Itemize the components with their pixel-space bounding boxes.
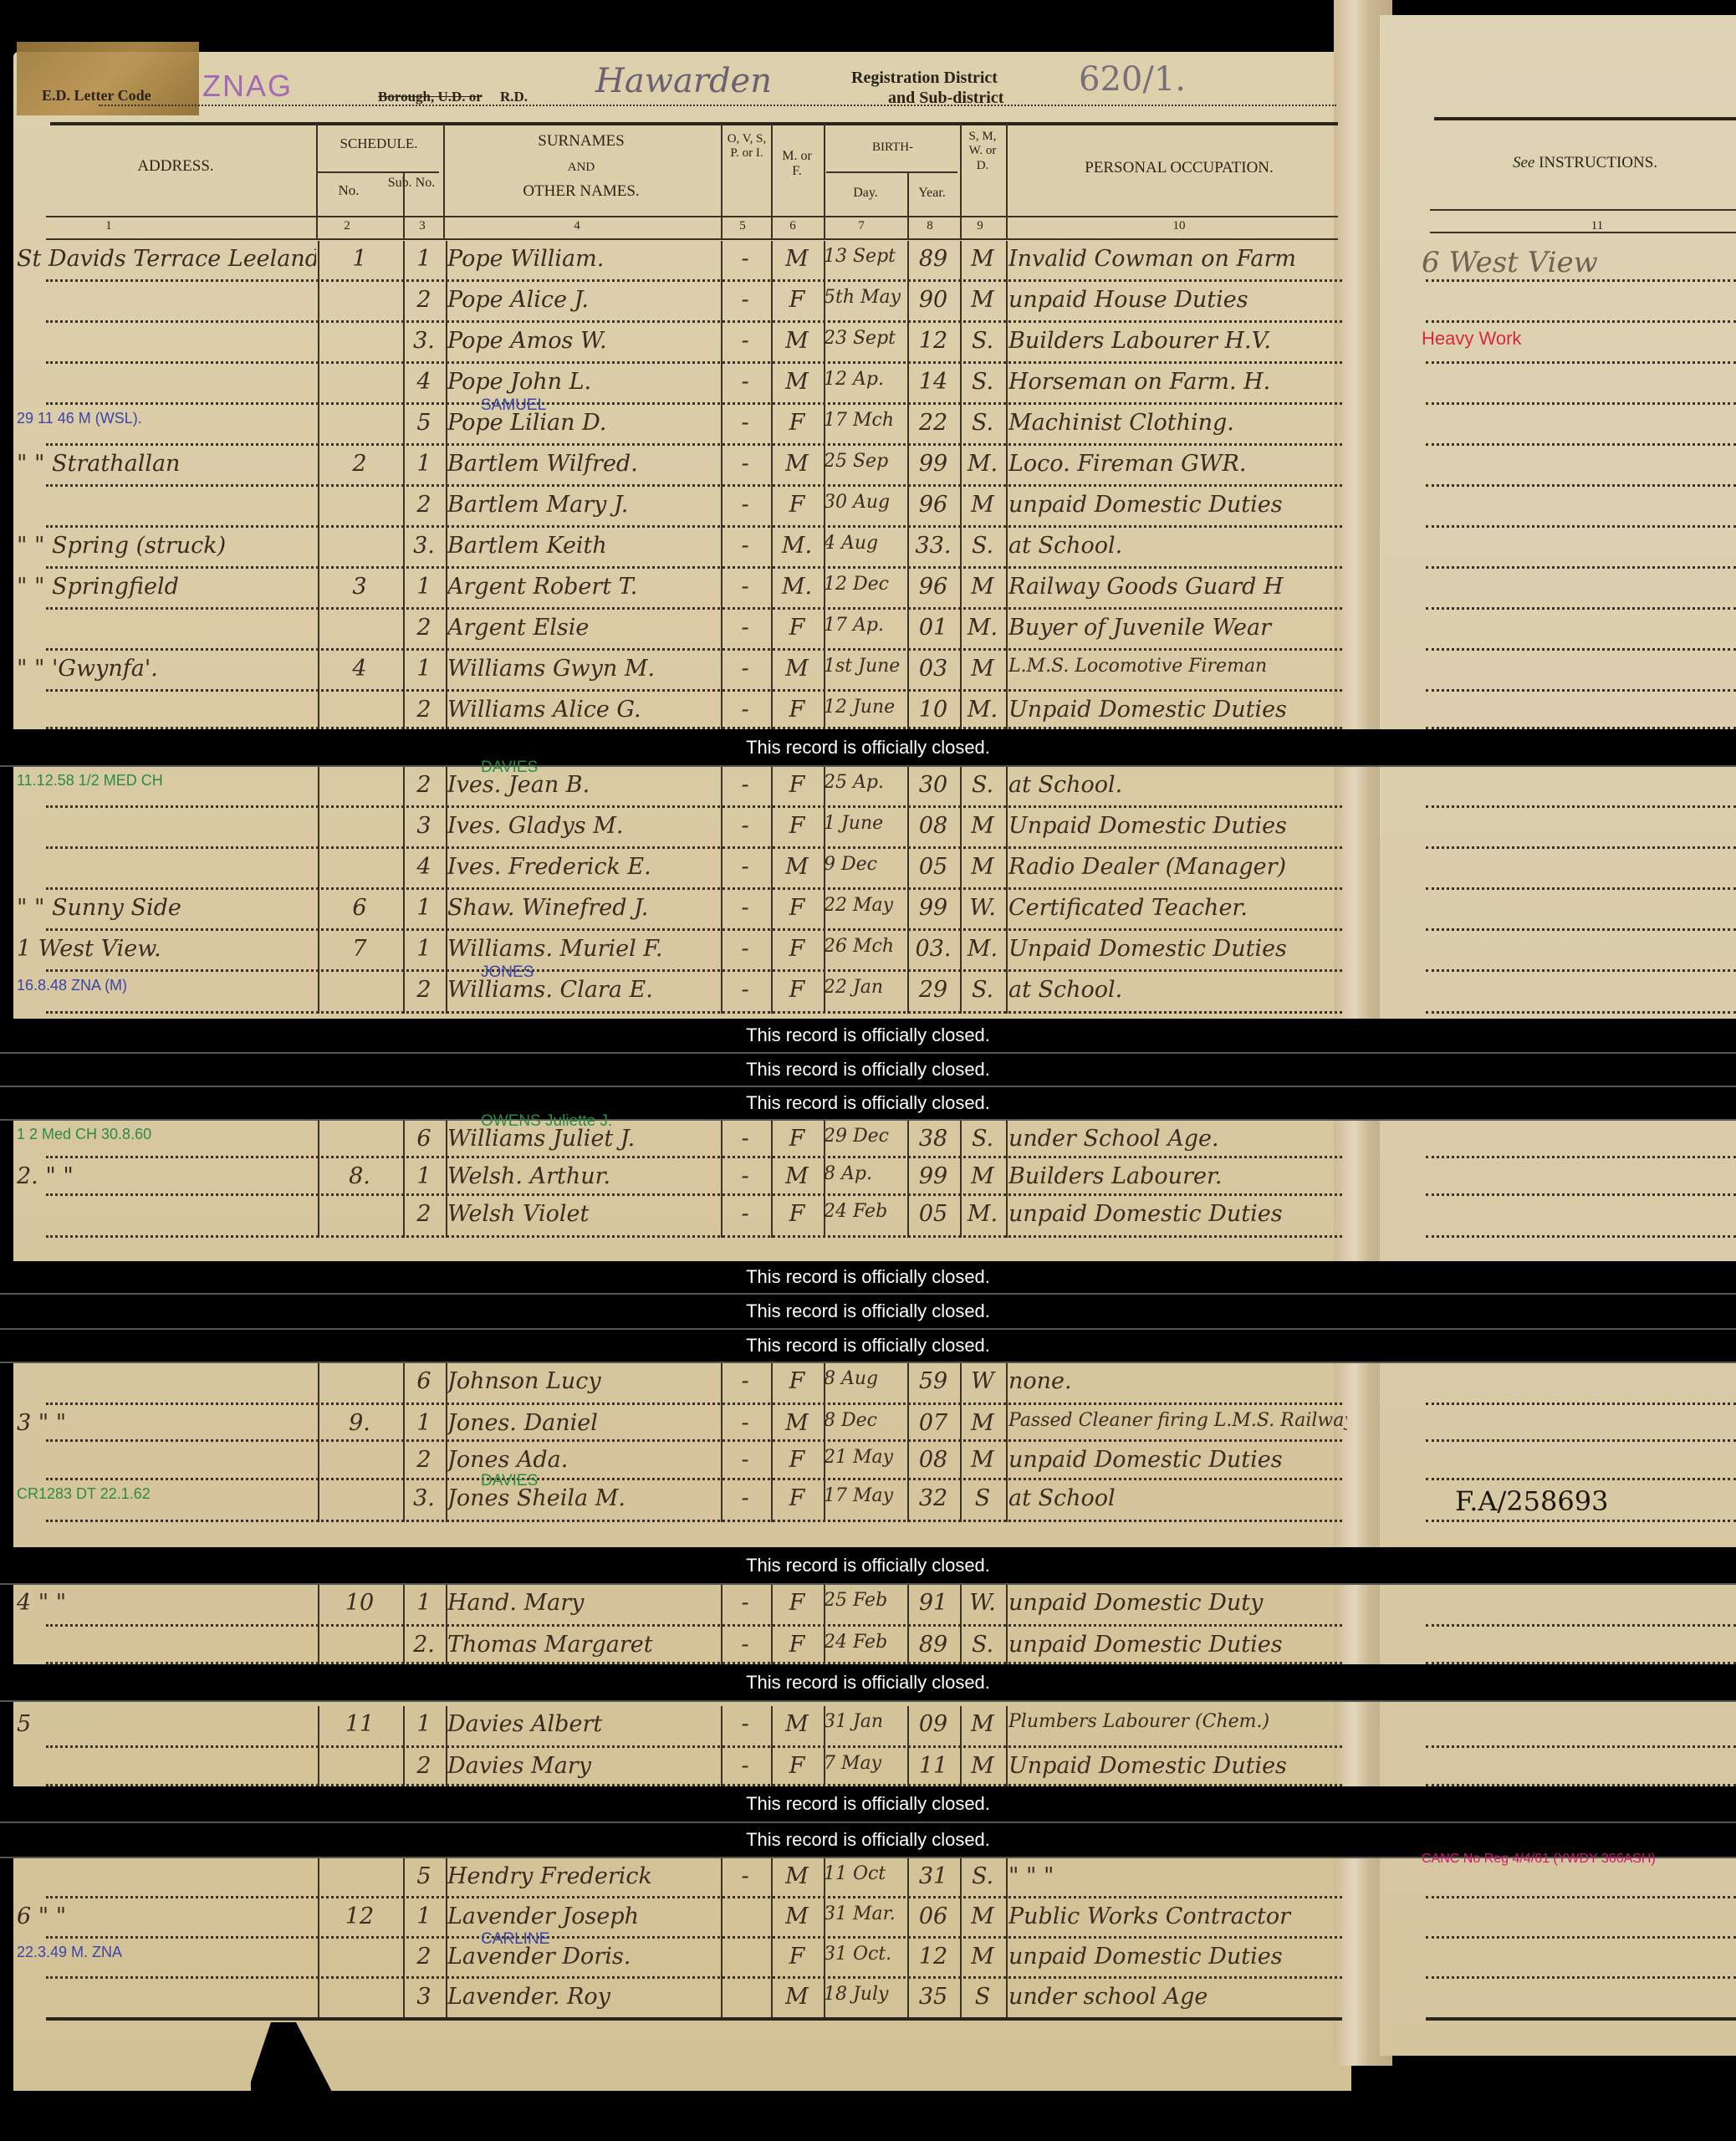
cell-sex: M	[771, 1903, 823, 1929]
cell-name: Ives. Gladys M.	[447, 813, 719, 839]
column-divider	[1006, 446, 1008, 487]
cell-day: 1 June	[824, 813, 906, 834]
column-divider	[318, 1939, 319, 1979]
cell-sex: M.	[771, 574, 823, 600]
cell-occupation: unpaid Domestic Duties	[1008, 1632, 1347, 1658]
cell-ovspi: -	[721, 1590, 769, 1616]
cell-status: M.	[960, 697, 1005, 723]
row-rule	[46, 1478, 1342, 1480]
cell-year: 05	[908, 854, 958, 880]
cell-occupation: unpaid Domestic Duties	[1008, 1447, 1347, 1473]
column-divider	[1006, 487, 1008, 528]
right-row-rule	[1426, 1235, 1736, 1238]
cell-occupation: unpaid Domestic Duties	[1008, 492, 1347, 518]
right-row-rule	[1426, 1193, 1736, 1196]
right-row-rule	[1426, 1624, 1736, 1627]
col-surnames-1: SURNAMES	[443, 132, 719, 151]
name-correction-annotation: DAVIES	[481, 1472, 538, 1490]
cell-day: 8 Dec	[824, 1410, 906, 1431]
row-rule	[46, 1235, 1342, 1238]
bottom-background	[0, 2091, 1736, 2141]
column-divider	[318, 1748, 319, 1786]
cell-sched: 12	[318, 1903, 401, 1929]
column-divider	[1006, 1627, 1008, 1664]
cell-status: W.	[960, 1590, 1005, 1616]
right-row-rule	[1426, 361, 1736, 364]
cell-sex: M.	[771, 533, 823, 559]
cell-name: Welsh. Arthur.	[447, 1163, 719, 1189]
cell-name: Williams Gwyn M.	[447, 656, 719, 682]
cell-occupation: Public Works Contractor	[1008, 1903, 1347, 1929]
cell-sex: M	[771, 1984, 823, 2010]
closed-record-bar: This record is officially closed.	[0, 729, 1736, 767]
cell-occupation: Builders Labourer H.V.	[1008, 328, 1347, 354]
cell-day: 31 Oct.	[824, 1944, 906, 1965]
row-rule	[46, 402, 1342, 405]
column-divider	[1006, 1706, 1008, 1748]
cell-name: Argent Robert T.	[447, 574, 719, 600]
closed-record-bar: This record is officially closed.	[0, 1330, 1736, 1363]
cell-year: 08	[908, 813, 958, 839]
cell-name: Pope Amos W.	[447, 328, 719, 354]
right-row-rule	[1426, 566, 1736, 569]
cell-day: 18 July	[824, 1984, 906, 2005]
cell-day: 12 Ap.	[824, 369, 906, 390]
col-schedule-sub: Sub. No.	[386, 176, 437, 191]
cell-sex: M	[771, 451, 823, 477]
cell-sex: F	[771, 895, 823, 921]
header-top-rule	[50, 122, 1338, 125]
column-number: 8	[913, 219, 947, 233]
closed-record-bar: This record is officially closed.	[0, 1295, 1736, 1330]
cell-sub: 6	[403, 1368, 445, 1394]
cell-year: 09	[908, 1711, 958, 1737]
name-correction-annotation: SAMUEL	[481, 396, 546, 415]
col-occupation: PERSONAL OCCUPATION.	[1012, 159, 1346, 177]
cell-day: 30 Aug	[824, 492, 906, 513]
cell-sched: 7	[318, 936, 401, 962]
column-divider	[1006, 849, 1008, 890]
cell-name: Hand. Mary	[447, 1590, 719, 1616]
footer-rule	[46, 2017, 1342, 2021]
cell-day: 31 Jan	[824, 1711, 906, 1732]
column-divider	[1006, 323, 1008, 364]
cell-status: S.	[960, 328, 1005, 354]
cell-year: 59	[908, 1368, 958, 1394]
col-mf: M. or F.	[776, 149, 818, 180]
right-row-rule	[1426, 402, 1736, 405]
column-divider	[1006, 1585, 1008, 1627]
cell-sub: 2.	[403, 1632, 445, 1658]
cell-address: St Davids Terrace Leelands.	[17, 246, 316, 272]
cell-occupation: Plumbers Labourer (Chem.)	[1008, 1711, 1347, 1732]
cell-ovspi: -	[721, 451, 769, 477]
cell-name: Welsh Violet	[447, 1201, 719, 1227]
column-divider	[318, 692, 319, 729]
cell-status: S.	[960, 369, 1005, 395]
cell-sub: 2	[403, 492, 445, 518]
cell-day: 17 Mch	[824, 410, 906, 431]
col-ovspi: O, V, S, P. or I.	[726, 132, 768, 161]
header-subcolumn-divider	[403, 171, 405, 239]
cell-sub: 1	[403, 656, 445, 682]
cell-ovspi: -	[721, 1201, 769, 1227]
column-number: 6	[776, 219, 809, 233]
cell-sub: 2	[403, 1944, 445, 1970]
right-row-rule	[1426, 1936, 1736, 1939]
right-row-rule	[1426, 1976, 1736, 1979]
cell-occupation: at School.	[1008, 772, 1347, 798]
cell-address: 1 West View.	[17, 936, 316, 962]
cell-ovspi: -	[721, 656, 769, 682]
cell-day: 1st June	[824, 656, 906, 677]
cell-day: 12 Dec	[824, 574, 906, 595]
cell-year: 99	[908, 451, 958, 477]
cell-sched: 6	[318, 895, 401, 921]
cell-ovspi: -	[721, 772, 769, 798]
cell-day: 17 Ap.	[824, 615, 906, 636]
cell-sex: M	[771, 369, 823, 395]
header-column-divider	[1006, 124, 1008, 239]
cell-sex: M	[771, 1863, 823, 1889]
cell-day: 23 Sept	[824, 328, 906, 349]
cell-address: " " Spring (struck)	[17, 533, 316, 559]
cell-address: 16.8.48 ZNA (M)	[17, 977, 316, 994]
column-divider	[1006, 610, 1008, 651]
registration-label-1: Registration District	[851, 69, 998, 88]
cell-occupation: unpaid Domestic Duties	[1008, 1201, 1347, 1227]
cell-day: 9 Dec	[824, 854, 906, 875]
column-divider	[1006, 1405, 1008, 1442]
cell-right: Heavy Work	[1422, 328, 1736, 350]
header-column-divider	[960, 124, 962, 239]
cell-name: Argent Elsie	[447, 615, 719, 641]
cell-sub: 1	[403, 1711, 445, 1737]
cell-sched: 9.	[318, 1410, 401, 1436]
borough-label: R.D.	[500, 89, 528, 105]
cell-ovspi: -	[721, 1126, 769, 1152]
right-row-rule	[1426, 1520, 1736, 1522]
cell-ovspi: -	[721, 977, 769, 1003]
column-divider	[1006, 405, 1008, 446]
cell-year: 10	[908, 697, 958, 723]
cell-sub: 3.	[403, 533, 445, 559]
cell-sched: 3	[318, 574, 401, 600]
cell-year: 11	[908, 1753, 958, 1779]
right-row-rule	[1426, 279, 1736, 282]
name-correction-annotation: OWENS Juliette J.	[481, 1112, 612, 1131]
cell-sub: 1	[403, 246, 445, 272]
cell-sched: 4	[318, 656, 401, 682]
cell-sex: M	[771, 1410, 823, 1436]
cell-sched: 2	[318, 451, 401, 477]
cell-name: Williams. Muriel F.	[447, 936, 719, 962]
column-divider	[1006, 1748, 1008, 1786]
cell-ovspi: -	[721, 1863, 769, 1889]
col-birth: BIRTH-	[828, 141, 957, 155]
cell-sub: 3	[403, 1984, 445, 2010]
right-row-rule	[1426, 648, 1736, 651]
right-row-rule	[1426, 1896, 1736, 1898]
cell-status: S.	[960, 772, 1005, 798]
cell-ovspi: -	[721, 1711, 769, 1737]
closed-record-bar: This record is officially closed.	[0, 1019, 1736, 1054]
cell-sex: F	[771, 977, 823, 1003]
cell-occupation: at School.	[1008, 977, 1347, 1003]
cell-ovspi: -	[721, 328, 769, 354]
borough-value: Hawarden	[595, 62, 772, 100]
cell-sex: F	[771, 936, 823, 962]
name-correction-annotation: CARLINE	[481, 1930, 549, 1949]
right-row-rule	[1426, 1156, 1736, 1158]
column-divider	[1006, 241, 1008, 282]
cell-name: Pope John L.	[447, 369, 719, 395]
cell-ovspi: -	[721, 895, 769, 921]
cell-day: 5th May	[824, 287, 906, 308]
cell-occupation: L.M.S. Locomotive Fireman	[1008, 656, 1347, 677]
cell-status: S.	[960, 1632, 1005, 1658]
closed-record-bar: This record is officially closed.	[0, 1054, 1736, 1087]
column-number: 5	[726, 219, 759, 233]
column-divider	[318, 1858, 319, 1898]
col-schedule-no: No.	[316, 182, 381, 199]
cell-ovspi: -	[721, 1447, 769, 1473]
cell-occupation: Radio Dealer (Manager)	[1008, 854, 1347, 880]
cell-day: 12 June	[824, 697, 906, 718]
cell-sex: M	[771, 246, 823, 272]
cell-year: 89	[908, 1632, 958, 1658]
row-rule	[46, 1011, 1342, 1014]
row-rule	[46, 320, 1342, 323]
cell-year: 96	[908, 492, 958, 518]
cell-year: 31	[908, 1863, 958, 1889]
column-divider	[318, 405, 319, 446]
cell-name: Pope Alice J.	[447, 287, 719, 313]
cell-occupation: at School	[1008, 1485, 1347, 1511]
header-column-divider	[721, 124, 722, 239]
cell-sex: M	[771, 854, 823, 880]
cell-status: M	[960, 246, 1005, 272]
cell-occupation: unpaid Domestic Duty	[1008, 1590, 1347, 1616]
right-row-rule	[1426, 846, 1736, 849]
cell-ovspi: -	[721, 410, 769, 436]
cell-right: F.A/258693	[1455, 1485, 1736, 1517]
cell-name: Shaw. Winefred J.	[447, 895, 719, 921]
cell-sub: 1	[403, 1163, 445, 1189]
cell-status: M.	[960, 936, 1005, 962]
cell-occupation: under School Age.	[1008, 1126, 1347, 1152]
right-row-rule	[1426, 1478, 1736, 1480]
cell-status: M	[960, 1163, 1005, 1189]
cell-status: M	[960, 1410, 1005, 1436]
header-column-divider	[443, 124, 445, 239]
header-subrule	[826, 171, 957, 173]
cell-sub: 5	[403, 410, 445, 436]
cell-occupation: unpaid Domestic Duties	[1008, 1944, 1347, 1970]
cell-occupation: Buyer of Juvenile Wear	[1008, 615, 1347, 641]
col-smwd: S, M, W. or D.	[962, 130, 1003, 173]
cell-sub: 1	[403, 574, 445, 600]
cell-name: Williams Alice G.	[447, 697, 719, 723]
cell-occupation: Builders Labourer.	[1008, 1163, 1347, 1189]
cell-name: Bartlem Mary J.	[447, 492, 719, 518]
cell-ovspi: -	[721, 1485, 769, 1511]
column-number: 3	[406, 219, 439, 233]
cell-sub: 5	[403, 1863, 445, 1889]
cell-name: Thomas Margaret	[447, 1632, 719, 1658]
column-divider	[318, 849, 319, 890]
cell-year: 30	[908, 772, 958, 798]
cell-address: 4 " "	[17, 1590, 316, 1616]
cell-year: 99	[908, 1163, 958, 1189]
col-surnames-3: OTHER NAMES.	[443, 182, 719, 201]
cell-address: " " Springfield	[17, 574, 316, 600]
row-rule	[46, 443, 1342, 446]
cell-day: 4 Aug	[824, 533, 906, 554]
row-rule	[46, 361, 1342, 364]
cell-sub: 2	[403, 287, 445, 313]
cell-sex: F	[771, 1368, 823, 1394]
header-dotted-rule	[99, 105, 1336, 106]
right-row-rule	[1426, 1439, 1736, 1442]
cell-day: 29 Dec	[824, 1126, 906, 1147]
cell-year: 03.	[908, 936, 958, 962]
row-rule	[46, 1520, 1342, 1522]
cell-year: 07	[908, 1410, 958, 1436]
cell-sub: 1	[403, 1590, 445, 1616]
cell-sex: M	[771, 1163, 823, 1189]
column-divider	[1006, 972, 1008, 1014]
column-divider	[318, 1196, 319, 1238]
cell-occupation: under school Age	[1008, 1984, 1347, 2010]
row-rule	[46, 1745, 1342, 1748]
right-row-rule	[1426, 320, 1736, 323]
right-row-rule	[1426, 969, 1736, 972]
cell-occupation: Railway Goods Guard H	[1008, 574, 1347, 600]
cell-ovspi: -	[721, 615, 769, 641]
cell-sub: 1	[403, 895, 445, 921]
cell-day: 11 Oct	[824, 1863, 906, 1884]
cell-occupation: at School.	[1008, 533, 1347, 559]
cell-year: 08	[908, 1447, 958, 1473]
cell-year: 14	[908, 369, 958, 395]
cell-ovspi: -	[721, 246, 769, 272]
header-subrule	[318, 171, 439, 173]
cell-address: 1 2 Med CH 30.8.60	[17, 1126, 316, 1143]
cell-status: M	[960, 1753, 1005, 1779]
cell-name: Bartlem Keith	[447, 533, 719, 559]
numbers-bottom-rule	[46, 238, 1338, 240]
cell-ovspi: -	[721, 813, 769, 839]
cell-day: 8 Aug	[824, 1368, 906, 1389]
column-divider	[1006, 1480, 1008, 1522]
cell-name: Lavender Joseph	[447, 1903, 719, 1929]
row-rule	[46, 1624, 1342, 1627]
cell-status: M	[960, 1944, 1005, 1970]
cell-ovspi: -	[721, 533, 769, 559]
header-bottom-rule	[46, 216, 1338, 217]
cell-day: 22 Jan	[824, 977, 906, 998]
cell-year: 38	[908, 1126, 958, 1152]
cell-address: 11.12.58 1/2 MED CH	[17, 772, 316, 789]
column-divider	[1006, 651, 1008, 692]
cell-occupation: Passed Cleaner firing L.M.S. Railway	[1008, 1410, 1347, 1431]
cell-day: 25 Ap.	[824, 772, 906, 793]
column-divider	[1006, 808, 1008, 849]
cell-right: 6 West View	[1422, 246, 1736, 279]
row-rule	[46, 805, 1342, 808]
column-divider	[1006, 1898, 1008, 1939]
cell-sub: 2	[403, 1753, 445, 1779]
cell-occupation: Loco. Fireman GWR.	[1008, 451, 1347, 477]
cell-year: 91	[908, 1590, 958, 1616]
cell-year: 32	[908, 1485, 958, 1511]
cell-sex: M	[771, 1711, 823, 1737]
cell-sex: F	[771, 1632, 823, 1658]
cell-ovspi: -	[721, 287, 769, 313]
cell-name: Lavender. Roy	[447, 1984, 719, 2010]
row-rule	[46, 279, 1342, 282]
cell-day: 7 May	[824, 1753, 906, 1774]
cell-sex: F	[771, 287, 823, 313]
cell-sub: 1	[403, 1410, 445, 1436]
column-divider	[318, 972, 319, 1014]
cell-year: 03	[908, 656, 958, 682]
cell-day: 22 May	[824, 895, 906, 916]
cell-year: 22	[908, 410, 958, 436]
cell-address: 22.3.49 M. ZNA	[17, 1944, 316, 1961]
column-divider	[318, 767, 319, 808]
cell-sub: 2	[403, 697, 445, 723]
header-column-divider	[316, 124, 318, 239]
cell-sex: F	[771, 1447, 823, 1473]
cell-status: M.	[960, 1201, 1005, 1227]
header-column-divider	[771, 124, 773, 239]
column-number: 11	[1580, 219, 1614, 233]
right-row-rule	[1426, 1403, 1736, 1405]
right-row-rule	[1426, 525, 1736, 528]
cell-sub: 1	[403, 936, 445, 962]
cell-sex: F	[771, 697, 823, 723]
cell-status: S	[960, 1984, 1005, 2010]
cell-year: 29	[908, 977, 958, 1003]
cell-sex: F	[771, 1126, 823, 1152]
cell-sex: F	[771, 410, 823, 436]
cell-address: 6 " "	[17, 1903, 316, 1929]
cell-status: M	[960, 1903, 1005, 1929]
cell-name: Davies Mary	[447, 1753, 719, 1779]
column-divider	[1006, 1121, 1008, 1158]
cell-sex: F	[771, 492, 823, 518]
cell-day: 25 Sep	[824, 451, 906, 472]
row-rule	[46, 887, 1342, 890]
row-rule	[46, 484, 1342, 487]
cell-name: Davies Albert	[447, 1711, 719, 1737]
cell-sched: 11	[318, 1711, 401, 1737]
cell-ovspi: -	[721, 492, 769, 518]
right-row-rule	[1426, 805, 1736, 808]
column-divider	[1006, 1158, 1008, 1196]
cell-occupation: Invalid Cowman on Farm	[1008, 246, 1347, 272]
cell-status: M	[960, 287, 1005, 313]
cell-year: 35	[908, 1984, 958, 2010]
column-divider	[1006, 1858, 1008, 1898]
cell-sex: F	[771, 772, 823, 798]
row-rule	[46, 1403, 1342, 1405]
cell-occupation: " " "	[1008, 1863, 1347, 1889]
cell-sub: 1	[403, 1903, 445, 1929]
cell-status: M	[960, 656, 1005, 682]
